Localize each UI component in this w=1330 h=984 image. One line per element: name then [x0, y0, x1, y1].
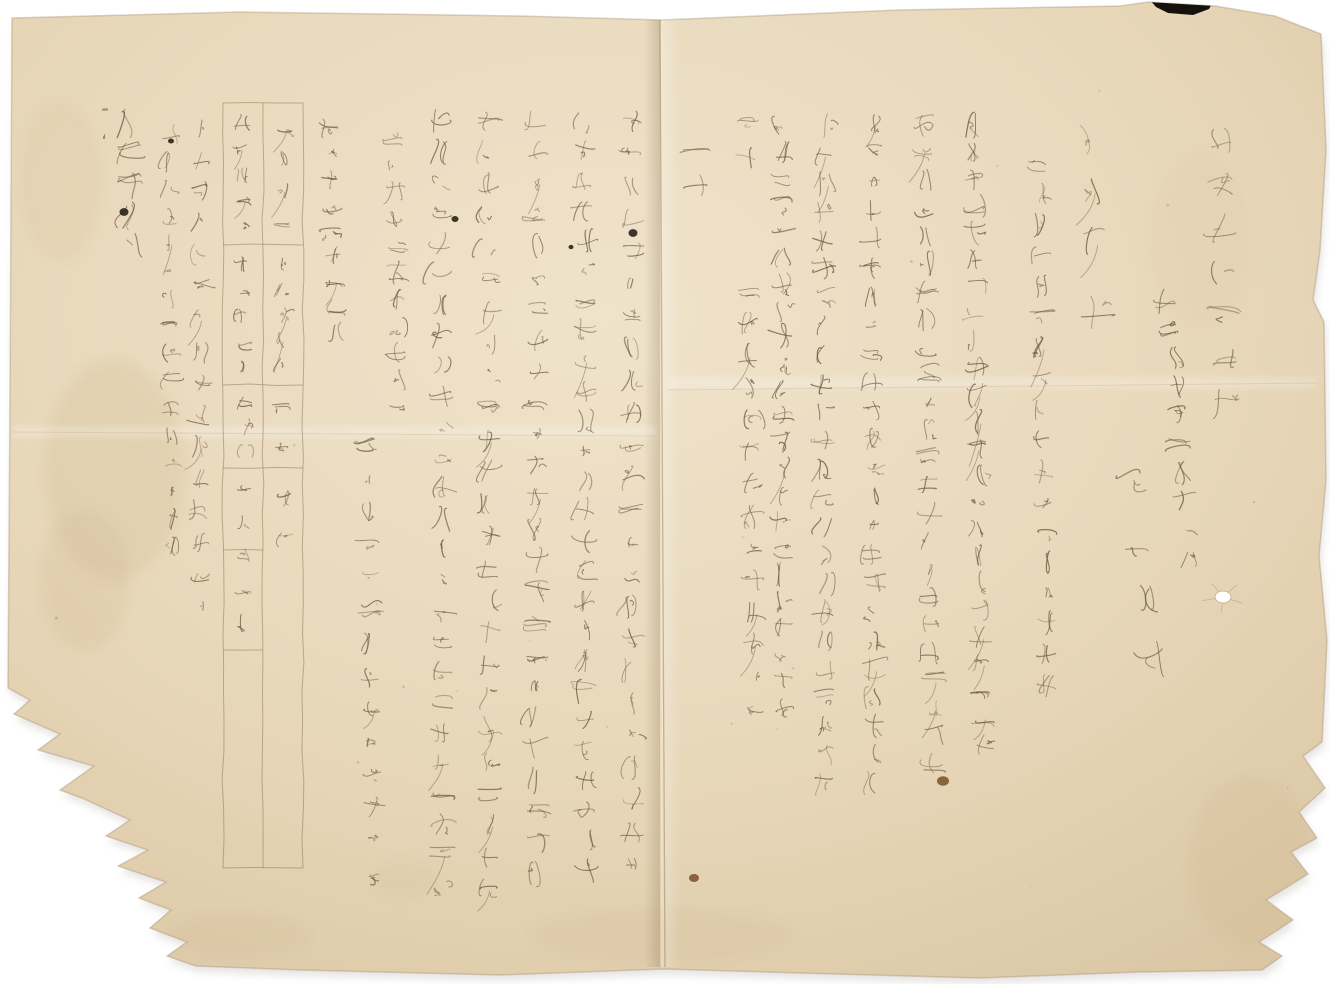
stain [1190, 775, 1310, 945]
stain [371, 862, 439, 898]
brown-spot [689, 874, 699, 882]
ink-blot [569, 245, 574, 249]
stain [40, 510, 130, 650]
ink-blot [120, 208, 129, 216]
table-line [223, 550, 263, 551]
photo-stage: 總發第二九五號 昭和十八年三月十二日 長淵面長 各區長 殿 第三期金屬類特別回收… [0, 0, 1330, 984]
ink-blot [452, 216, 459, 222]
stain [20, 100, 100, 260]
ink-blot [168, 138, 174, 143]
stain [170, 915, 310, 955]
table-line [223, 103, 303, 104]
brown-spot [937, 776, 949, 786]
ink-blot [629, 229, 638, 237]
document-photo [0, 0, 1330, 984]
